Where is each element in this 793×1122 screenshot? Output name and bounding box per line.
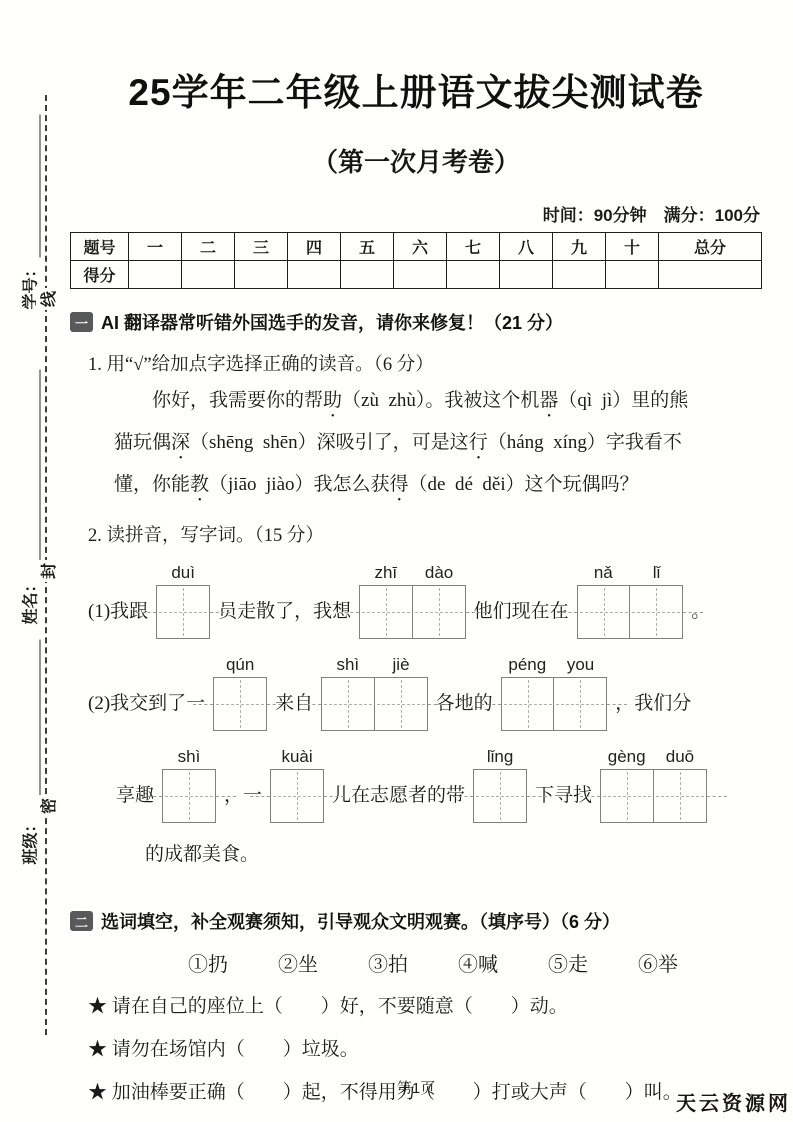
passage-text: （jiāo jiào）我怎么获 [209,474,389,495]
score-empty-cell [235,261,288,289]
score-table-header-cell: 五 [341,233,394,261]
main-content: 25学年二年级上册语文拔尖测试卷 （第一次月考卷） 时间：90分钟 满分：100… [70,0,762,1122]
score-table-header-cell: 总分 [659,233,762,261]
writing-cell [162,769,216,823]
writing-cells [162,769,216,823]
dotted-character: 器 [539,390,558,411]
score-table-header-cell: 十 [606,233,659,261]
writing-cell [374,677,428,731]
pinyin-syllable: nǎ [577,563,630,583]
writing-cells [600,769,707,823]
writing-cells [270,769,324,823]
pinyin-box-group: péngyou [501,655,608,731]
writing-cell [412,585,466,639]
word-options-row: ①扔②坐③拍④喊⑤走⑥举 [188,948,762,977]
writing-cell [553,677,607,731]
dotted-character: 助 [323,390,342,411]
score-table-header-cell: 六 [394,233,447,261]
pinyin-box-group: zhīdào [359,563,466,639]
section-2-header: 二 选词填空，补全观赛须知，引导观众文明观赛。（填序号）（6 分） [70,908,762,934]
pinyin-box-group: gèngduō [600,747,707,823]
passage-text: （de dé děi）这个玩偶吗？ [409,474,639,495]
writing-cells [359,585,466,639]
passage-text: 猫玩偶 [114,432,171,453]
row-text: 下寻找 [535,780,592,823]
score-row-label: 得分 [71,261,129,289]
pinyin-labels: nǎlǐ [577,563,684,583]
score-table-header-cell: 四 [288,233,341,261]
writing-cell [577,585,631,639]
score-table-header-cell: 二 [182,233,235,261]
score-empty-cell [129,261,182,289]
writing-cell [321,677,375,731]
question-2-prompt: 2. 读拼音，写字词。（15 分） [88,521,762,547]
pinyin-labels: kuài [270,747,324,767]
passage-text: （háng xíng）字我看不 [488,432,682,453]
section-1-title: AI 翻译器常听错外国选手的发音，请你来修复！（21 分） [101,309,563,335]
pinyin-write-row: 的成都美食。 [145,839,762,882]
writing-cell [213,677,267,731]
pinyin-write-row: 享趣shì，一kuài儿在志愿者的带lǐng下寻找gèngduō [116,747,762,823]
page-number: 第1页 [70,1077,762,1098]
page-title: 25学年二年级上册语文拔尖测试卷 [70,62,762,116]
pinyin-labels: lǐng [473,747,527,767]
passage-text: （qì jì）里的熊 [558,390,688,411]
score-table-header-row: 题号一二三四五六七八九十总分 [71,233,762,261]
pinyin-write-row: (2)我交到了一qún来自shìjiè各地的péngyou，我们分 [88,655,762,731]
watermark-text: 天云资源网 [676,1087,791,1116]
word-option: ③拍 [368,948,408,977]
row-text: (1)我跟 [88,596,148,639]
score-empty-cell [288,261,341,289]
writing-cell [156,585,210,639]
writing-cell [600,769,654,823]
writing-cells [501,677,608,731]
student-id-field: 学号： [11,115,41,310]
pinyin-syllable: gèng [600,747,653,767]
time-score-meta: 时间：90分钟 满分：100分 [70,201,762,226]
word-option: ⑥举 [638,948,678,977]
pinyin-box-group: nǎlǐ [577,563,684,639]
section-1-header: 一 AI 翻译器常听错外国选手的发音，请你来修复！（21 分） [70,309,762,335]
seal-char-feng: 封 [36,560,58,582]
writing-cells [156,585,210,639]
score-table: 题号一二三四五六七八九十总分得分 [70,232,762,289]
passage-line: 猫玩偶深（shēng shēn）深吸引了，可是这行（háng xíng）字我看不 [114,422,762,464]
word-option: ①扔 [188,948,228,977]
pinyin-labels: gèngduō [600,747,707,767]
pinyin-box-group: lǐng [473,747,527,823]
class-blank-line [21,640,41,813]
section-2-title: 选词填空，补全观赛须知，引导观众文明观赛。（填序号）（6 分） [101,908,620,934]
pinyin-labels: qún [213,655,267,675]
exam-paper-page: 线 封 密 学号： 姓名： 班级： 25学年二年级上册语文拔尖测试卷 （第一次月… [0,0,793,1122]
score-empty-cell [500,261,553,289]
pinyin-box-group: shìjiè [321,655,428,731]
writing-cells [321,677,428,731]
section-1-badge-icon: 一 [70,312,93,332]
writing-cell [501,677,555,731]
passage-line: 懂，你能教（jiāo jiào）我怎么获得（de dé děi）这个玩偶吗？ [114,464,762,506]
row-text: 的成都美食。 [145,839,259,882]
pinyin-box-group: qún [213,655,267,731]
pinyin-box-group: kuài [270,747,324,823]
pinyin-labels: zhīdào [359,563,466,583]
word-option: ②坐 [278,948,318,977]
score-empty-cell [341,261,394,289]
seal-char-mi: 密 [36,795,58,817]
student-name-label: 姓名： [18,576,41,624]
pinyin-write-row: (1)我跟duì员走散了，我想zhīdào他们现在在nǎlǐ。 [88,563,762,639]
writing-cell [629,585,683,639]
pinyin-syllable: lǐ [630,563,683,583]
pinyin-labels: shì [162,747,216,767]
pinyin-syllable: shì [321,655,374,675]
exam-subtitle: （第一次月考卷） [70,142,762,179]
dotted-character: 深 [171,432,190,453]
pinyin-labels: duì [156,563,210,583]
score-empty-cell [394,261,447,289]
score-table-score-row: 得分 [71,261,762,289]
score-table-header-cell: 三 [235,233,288,261]
passage-text: （shēng shēn）深吸引了，可是这 [190,432,469,453]
pinyin-syllable: jiè [374,655,427,675]
writing-cell [473,769,527,823]
writing-cells [577,585,684,639]
dotted-character: 行 [469,432,488,453]
student-id-blank-line [21,115,41,258]
class-field: 班级： [11,640,41,865]
pinyin-syllable: kuài [270,747,324,767]
score-empty-cell [553,261,606,289]
score-table-header-cell: 七 [447,233,500,261]
row-text: 员走散了，我想 [218,596,351,639]
pinyin-syllable: you [554,655,607,675]
score-empty-cell [447,261,500,289]
question-1-prompt: 1. 用“√”给加点字选择正确的读音。（6 分） [88,350,762,376]
row-text: 他们现在在 [474,596,569,639]
seal-char-xian: 线 [36,288,58,310]
word-option: ⑤走 [548,948,588,977]
pinyin-syllable: lǐng [473,747,527,767]
score-empty-cell [659,261,762,289]
pinyin-syllable: shì [162,747,216,767]
row-text: (2)我交到了一 [88,688,205,731]
pinyin-syllable: duì [156,563,210,583]
score-table-header-cell: 九 [553,233,606,261]
section-2-badge-icon: 二 [70,911,93,931]
fill-in-item: ★ 请勿在场馆内（ ）垃圾。 [88,1036,762,1064]
row-text: ，一 [224,780,262,823]
passage-text: （zù zhù）。我被这个机 [342,390,539,411]
row-text: 各地的 [436,688,493,731]
class-label: 班级： [18,816,41,864]
writing-cells [213,677,267,731]
passage-line: 你好，我需要你的帮助（zù zhù）。我被这个机器（qì jì）里的熊 [114,380,762,422]
dotted-character: 得 [390,474,409,495]
word-option: ④喊 [458,948,498,977]
pinyin-syllable: dào [412,563,465,583]
writing-cell [359,585,413,639]
score-table-header-cell: 题号 [71,233,129,261]
pinyin-syllable: zhī [359,563,412,583]
writing-cell [270,769,324,823]
pinyin-labels: shìjiè [321,655,428,675]
pinyin-labels: péngyou [501,655,608,675]
question-2-rows: (1)我跟duì员走散了，我想zhīdào他们现在在nǎlǐ。(2)我交到了一q… [70,563,762,882]
score-empty-cell [606,261,659,289]
pinyin-box-group: duì [156,563,210,639]
student-name-blank-line [21,370,41,573]
row-text: 来自 [275,688,313,731]
writing-cell [653,769,707,823]
score-table-header-cell: 八 [500,233,553,261]
row-text: 。 [691,596,710,639]
passage-text: 懂，你能 [114,474,190,495]
dotted-character: 教 [190,474,209,495]
pinyin-syllable: duō [653,747,706,767]
pinyin-syllable: qún [213,655,267,675]
student-name-field: 姓名： [11,370,41,625]
score-table-header-cell: 一 [129,233,182,261]
passage-text: 你好，我需要你的帮 [114,390,323,411]
score-empty-cell [182,261,235,289]
writing-cells [473,769,527,823]
row-text: 享趣 [116,780,154,823]
row-text: ，我们分 [615,688,691,731]
fill-in-item: ★ 请在自己的座位上（ ）好，不要随意（ ）动。 [88,993,762,1021]
pinyin-syllable: péng [501,655,554,675]
pinyin-box-group: shì [162,747,216,823]
row-text: 儿在志愿者的带 [332,780,465,823]
question-1-passage: 你好，我需要你的帮助（zù zhù）。我被这个机器（qì jì）里的熊猫玩偶深（… [114,380,762,506]
